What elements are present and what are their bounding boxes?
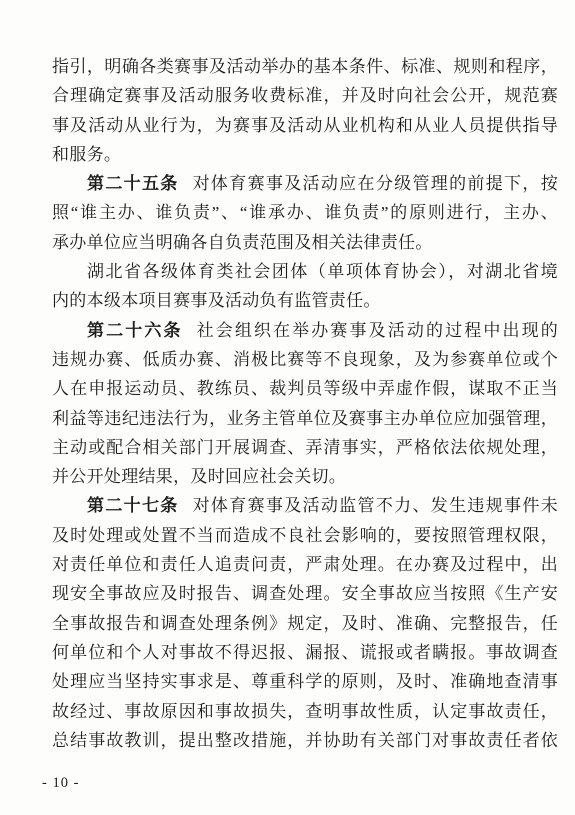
scanned-document-page: 指引，明确各类赛事及活动举办的基本条件、标准、规则和程序，合理确定赛事及活动服务…	[0, 0, 575, 815]
text-line: 对责任单位和责任人追责问责，严肃处理。在办赛及过程中，出	[52, 550, 558, 579]
line-text: 故经过、事故原因和事故损失，查明事故性质，认定事故责任，	[52, 702, 558, 721]
line-text: 对体育赛事及活动监管不力、发生违规事件未	[193, 496, 558, 515]
document-body: 指引，明确各类赛事及活动举办的基本条件、标准、规则和程序，合理确定赛事及活动服务…	[52, 52, 558, 755]
line-text: 承办单位应当明确各自负责范围及相关法律责任。	[52, 233, 433, 252]
text-line: 总结事故教训，提出整改措施，并协助有关部门对事故责任者依	[52, 726, 558, 755]
line-text: 利益等违纪违法行为，业务主管单位及赛事主办单位应加强管理，	[52, 409, 558, 428]
line-text: 湖北省各级体育类社会团体（单项体育协会），对湖北省境	[87, 262, 558, 281]
text-line: 湖北省各级体育类社会团体（单项体育协会），对湖北省境	[52, 257, 558, 286]
text-line: 并公开处理结果，及时回应社会关切。	[52, 462, 558, 491]
text-line: 和服务。	[52, 140, 558, 169]
line-text: 和服务。	[52, 145, 121, 164]
article-number: 第二十七条	[87, 496, 179, 515]
line-text: 事及活动从业行为，为赛事及活动从业机构和从业人员提供指导	[52, 116, 558, 135]
text-line: 处理应当坚持实事求是、尊重科学的原则，及时、准确地查清事	[52, 667, 558, 696]
text-line: 第二十六条社会组织在举办赛事及活动的过程中出现的	[52, 316, 558, 345]
text-line: 第二十五条对体育赛事及活动应在分级管理的前提下，按	[52, 169, 558, 198]
text-line: 事及活动从业行为，为赛事及活动从业机构和从业人员提供指导	[52, 111, 558, 140]
line-text: 对责任单位和责任人追责问责，严肃处理。在办赛及过程中，出	[52, 555, 558, 574]
line-text: 人在申报运动员、教练员、裁判员等级中弄虚作假，谋取不正当	[52, 379, 558, 398]
text-line: 利益等违纪违法行为，业务主管单位及赛事主办单位应加强管理，	[52, 404, 558, 433]
text-line: 故经过、事故原因和事故损失，查明事故性质，认定事故责任，	[52, 697, 558, 726]
line-text: 对体育赛事及活动应在分级管理的前提下，按	[193, 174, 558, 193]
line-text: 违规办赛、低质办赛、消极比赛等不良现象，及为参赛单位或个	[52, 350, 558, 369]
page-number: - 10 -	[42, 774, 79, 792]
text-line: 违规办赛、低质办赛、消极比赛等不良现象，及为参赛单位或个	[52, 345, 558, 374]
text-line: 第二十七条对体育赛事及活动监管不力、发生违规事件未	[52, 491, 558, 520]
text-line: 合理确定赛事及活动服务收费标准，并及时向社会公开，规范赛	[52, 81, 558, 110]
text-line: 照“谁主办、谁负责”、“谁承办、谁负责”的原则进行，主办、	[52, 198, 558, 227]
line-text: 指引，明确各类赛事及活动举办的基本条件、标准、规则和程序，	[52, 57, 558, 76]
line-text: 全事故报告和调查处理条例》规定，及时、准确、完整报告，任	[52, 614, 558, 633]
line-text: 主动或配合相关部门开展调查、弄清事实，严格依法依规处理，	[52, 438, 558, 457]
line-text: 总结事故教训，提出整改措施，并协助有关部门对事故责任者依	[52, 731, 558, 750]
line-text: 合理确定赛事及活动服务收费标准，并及时向社会公开，规范赛	[52, 86, 558, 105]
text-line: 主动或配合相关部门开展调查、弄清事实，严格依法依规处理，	[52, 433, 558, 462]
line-text: 照“谁主办、谁负责”、“谁承办、谁负责”的原则进行，主办、	[52, 203, 558, 222]
line-text: 并公开处理结果，及时回应社会关切。	[52, 467, 346, 486]
text-line: 人在申报运动员、教练员、裁判员等级中弄虚作假，谋取不正当	[52, 374, 558, 403]
text-line: 现安全事故应及时报告、调查处理。安全事故应当按照《生产安	[52, 579, 558, 608]
text-line: 承办单位应当明确各自负责范围及相关法律责任。	[52, 228, 558, 257]
article-number: 第二十五条	[87, 174, 179, 193]
text-line: 内的本级本项目赛事及活动负有监管责任。	[52, 286, 558, 315]
line-text: 何单位和个人对事故不得迟报、漏报、谎报或者瞒报。事故调查	[52, 643, 558, 662]
line-text: 现安全事故应及时报告、调查处理。安全事故应当按照《生产安	[52, 584, 558, 603]
line-text: 内的本级本项目赛事及活动负有监管责任。	[52, 291, 381, 310]
line-text: 处理应当坚持实事求是、尊重科学的原则，及时、准确地查清事	[52, 672, 558, 691]
article-number: 第二十六条	[87, 321, 183, 340]
line-text: 社会组织在举办赛事及活动的过程中出现的	[197, 321, 558, 340]
text-line: 何单位和个人对事故不得迟报、漏报、谎报或者瞒报。事故调查	[52, 638, 558, 667]
line-text: 及时处理或处置不当而造成不良社会影响的，要按照管理权限，	[52, 526, 558, 545]
text-line: 及时处理或处置不当而造成不良社会影响的，要按照管理权限，	[52, 521, 558, 550]
text-line: 指引，明确各类赛事及活动举办的基本条件、标准、规则和程序，	[52, 52, 558, 81]
text-line: 全事故报告和调查处理条例》规定，及时、准确、完整报告，任	[52, 609, 558, 638]
